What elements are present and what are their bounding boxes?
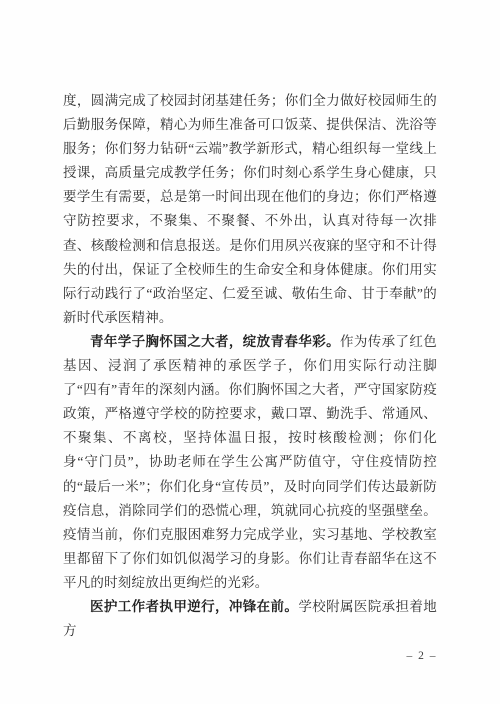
paragraph-text: 度，圆满完成了校园封闭基建任务；你们全力做好校园师生的后勤服务保障，精心为师生准… (63, 93, 437, 325)
paragraph-text: 作为传承了红色基因、浸润了承医精神的承医学子，你们用实际行动注脚了“四有”青年的… (63, 334, 437, 590)
paragraph-lead: 青年学子胸怀国之大者，绽放青春华彩。 (90, 334, 340, 349)
paragraph: 医护工作者执甲逆行，冲锋在前。学校附属医院承担着地方 (63, 595, 437, 643)
page-number: – 2 – (407, 650, 438, 662)
document-body: 度，圆满完成了校园封闭基建任务；你们全力做好校园师生的后勤服务保障，精心为师生准… (63, 89, 437, 643)
paragraph: 度，圆满完成了校园封闭基建任务；你们全力做好校园师生的后勤服务保障，精心为师生准… (63, 89, 437, 330)
document-page: 度，圆满完成了校园封闭基建任务；你们全力做好校园师生的后勤服务保障，精心为师生准… (0, 0, 500, 704)
paragraph: 青年学子胸怀国之大者，绽放青春华彩。作为传承了红色基因、浸润了承医精神的承医学子… (63, 330, 437, 595)
paragraph-lead: 医护工作者执甲逆行，冲锋在前。 (90, 599, 298, 614)
